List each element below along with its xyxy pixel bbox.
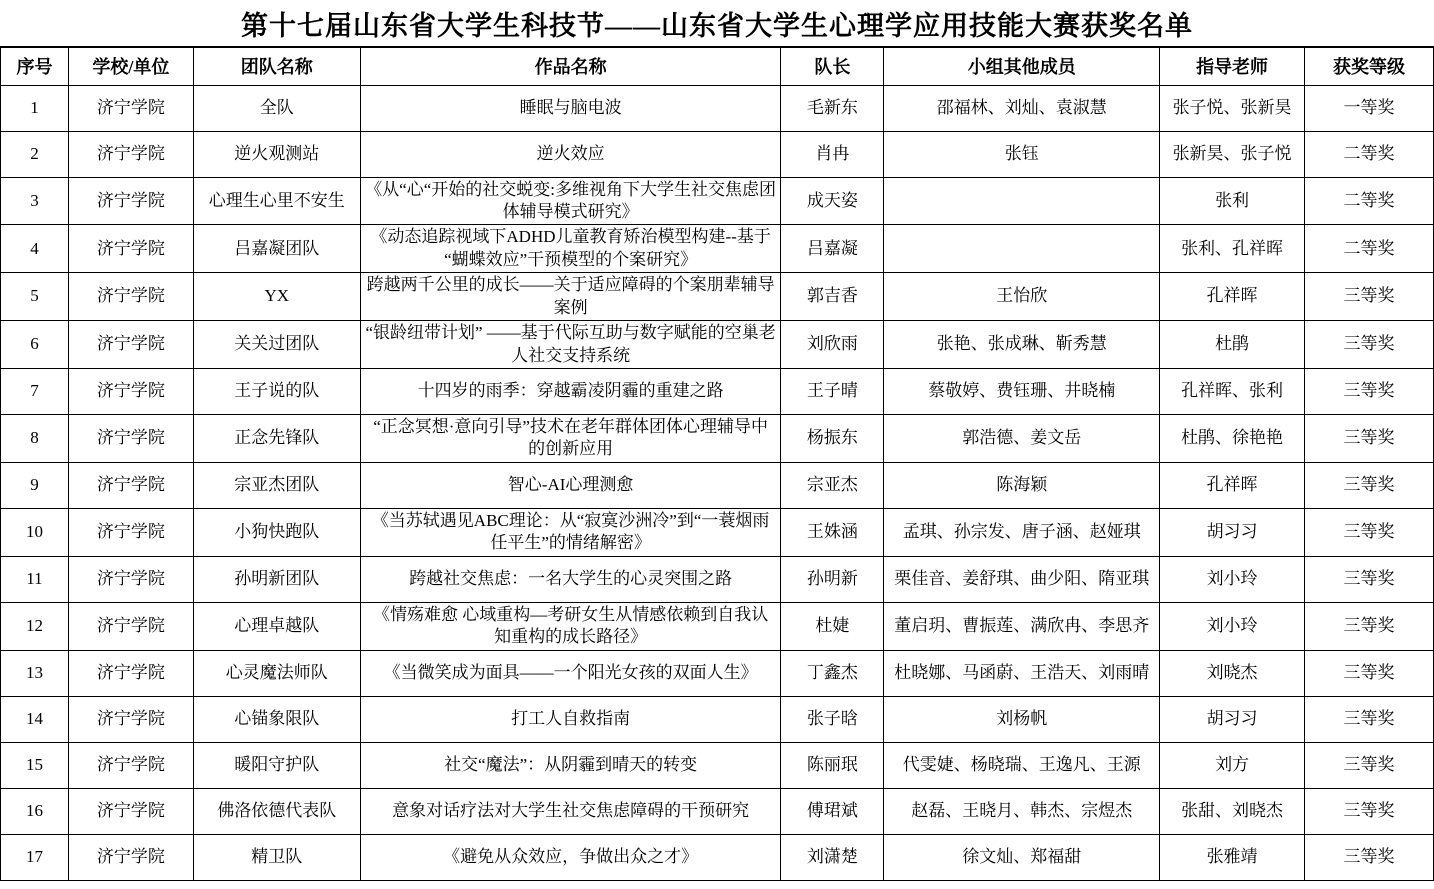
award-level-cell: 三等奖 — [1305, 369, 1434, 415]
leader-cell: 丁鑫杰 — [781, 650, 884, 696]
advisors-cell: 张利、孔祥晖 — [1160, 225, 1305, 273]
work-title-cell: “银龄纽带计划” ——基于代际互助与数字赋能的空巢老人社交支持系统 — [360, 321, 781, 369]
table-row: 15 济宁学院 暖阳守护队 社交“魔法”：从阴霾到晴天的转变 陈丽珉 代雯婕、杨… — [1, 742, 1434, 788]
leader-cell: 张子晗 — [781, 696, 884, 742]
header-advisors: 指导老师 — [1160, 47, 1305, 85]
table-row: 2 济宁学院 逆火观测站 逆火效应 肖冉 张钰 张新昊、张子悦 二等奖 — [1, 131, 1434, 177]
members-cell — [884, 177, 1160, 225]
serial-cell: 11 — [1, 556, 69, 602]
team-name-cell: 心锚象限队 — [193, 696, 360, 742]
leader-cell: 杜婕 — [781, 602, 884, 650]
advisors-cell: 刘方 — [1160, 742, 1305, 788]
school-cell: 济宁学院 — [68, 177, 193, 225]
work-title-cell: 智心-AI心理测愈 — [360, 462, 781, 508]
members-cell: 杜晓娜、马函蔚、王浩天、刘雨晴 — [884, 650, 1160, 696]
award-level-cell: 三等奖 — [1305, 556, 1434, 602]
team-name-cell: 孙明新团队 — [193, 556, 360, 602]
table-row: 14 济宁学院 心锚象限队 打工人自救指南 张子晗 刘杨帆 胡习习 三等奖 — [1, 696, 1434, 742]
members-cell: 郭浩德、姜文岳 — [884, 415, 1160, 463]
serial-cell: 8 — [1, 415, 69, 463]
serial-cell: 2 — [1, 131, 69, 177]
work-title-cell: 逆火效应 — [360, 131, 781, 177]
members-cell: 徐文灿、郑福甜 — [884, 834, 1160, 880]
award-level-cell: 三等奖 — [1305, 834, 1434, 880]
table-row: 16 济宁学院 佛洛依德代表队 意象对话疗法对大学生社交焦虑障碍的干预研究 傅珺… — [1, 788, 1434, 834]
leader-cell: 肖冉 — [781, 131, 884, 177]
school-cell: 济宁学院 — [68, 131, 193, 177]
members-cell: 代雯婕、杨晓瑞、王逸凡、王源 — [884, 742, 1160, 788]
work-title-cell: 跨越社交焦虑：一名大学生的心灵突围之路 — [360, 556, 781, 602]
serial-cell: 1 — [1, 85, 69, 131]
school-cell: 济宁学院 — [68, 556, 193, 602]
school-cell: 济宁学院 — [68, 225, 193, 273]
advisors-cell: 张雅靖 — [1160, 834, 1305, 880]
table-row: 8 济宁学院 正念先锋队 “正念冥想·意向引导”技术在老年群体团体心理辅导中的创… — [1, 415, 1434, 463]
team-name-cell: 正念先锋队 — [193, 415, 360, 463]
serial-cell: 14 — [1, 696, 69, 742]
award-level-cell: 二等奖 — [1305, 225, 1434, 273]
advisors-cell: 胡习习 — [1160, 696, 1305, 742]
team-name-cell: 宗亚杰团队 — [193, 462, 360, 508]
leader-cell: 刘潇楚 — [781, 834, 884, 880]
table-row: 12 济宁学院 心理卓越队 《情殇难愈 心域重构—考研女生从情感依赖到自我认知重… — [1, 602, 1434, 650]
work-title-cell: 《当苏轼遇见ABC理论：从“寂寞沙洲冷”到“一蓑烟雨任平生”的情绪解密》 — [360, 508, 781, 556]
award-level-cell: 三等奖 — [1305, 415, 1434, 463]
serial-cell: 17 — [1, 834, 69, 880]
school-cell: 济宁学院 — [68, 369, 193, 415]
advisors-cell: 孔祥晖、张利 — [1160, 369, 1305, 415]
table-row: 5 济宁学院 YX 跨越两千公里的成长——关于适应障碍的个案朋辈辅导案例 郭吉香… — [1, 273, 1434, 321]
advisors-cell: 张子悦、张新昊 — [1160, 85, 1305, 131]
leader-cell: 杨振东 — [781, 415, 884, 463]
award-level-cell: 三等奖 — [1305, 273, 1434, 321]
serial-cell: 16 — [1, 788, 69, 834]
team-name-cell: 王子说的队 — [193, 369, 360, 415]
award-level-cell: 三等奖 — [1305, 321, 1434, 369]
leader-cell: 王姝涵 — [781, 508, 884, 556]
members-cell: 蔡敬婷、费钰珊、井晓楠 — [884, 369, 1160, 415]
award-level-cell: 二等奖 — [1305, 131, 1434, 177]
school-cell: 济宁学院 — [68, 834, 193, 880]
serial-cell: 10 — [1, 508, 69, 556]
header-work-title: 作品名称 — [360, 47, 781, 85]
table-row: 3 济宁学院 心理生心里不安生 《从“心“开始的社交蜕变:多维视角下大学生社交焦… — [1, 177, 1434, 225]
members-cell: 栗佳音、姜舒琪、曲少阳、隋亚琪 — [884, 556, 1160, 602]
award-level-cell: 三等奖 — [1305, 650, 1434, 696]
table-row: 1 济宁学院 全队 睡眠与脑电波 毛新东 邵福林、刘灿、袁淑慧 张子悦、张新昊 … — [1, 85, 1434, 131]
table-row: 7 济宁学院 王子说的队 十四岁的雨季：穿越霸凌阴霾的重建之路 王子晴 蔡敬婷、… — [1, 369, 1434, 415]
members-cell: 刘杨帆 — [884, 696, 1160, 742]
leader-cell: 郭吉香 — [781, 273, 884, 321]
leader-cell: 刘欣雨 — [781, 321, 884, 369]
work-title-cell: 《动态追踪视域下ADHD儿童教育矫治模型构建--基于“蝴蝶效应”干预模型的个案研… — [360, 225, 781, 273]
work-title-cell: 《避免从众效应，争做出众之才》 — [360, 834, 781, 880]
work-title-cell: 《当微笑成为面具——一个阳光女孩的双面人生》 — [360, 650, 781, 696]
work-title-cell: 《情殇难愈 心域重构—考研女生从情感依赖到自我认知重构的成长路径》 — [360, 602, 781, 650]
advisors-cell: 刘晓杰 — [1160, 650, 1305, 696]
school-cell: 济宁学院 — [68, 508, 193, 556]
serial-cell: 4 — [1, 225, 69, 273]
table-row: 13 济宁学院 心灵魔法师队 《当微笑成为面具——一个阳光女孩的双面人生》 丁鑫… — [1, 650, 1434, 696]
advisors-cell: 张甜、刘晓杰 — [1160, 788, 1305, 834]
serial-cell: 9 — [1, 462, 69, 508]
school-cell: 济宁学院 — [68, 602, 193, 650]
school-cell: 济宁学院 — [68, 742, 193, 788]
team-name-cell: 暖阳守护队 — [193, 742, 360, 788]
team-name-cell: 心理卓越队 — [193, 602, 360, 650]
team-name-cell: YX — [193, 273, 360, 321]
team-name-cell: 全队 — [193, 85, 360, 131]
school-cell: 济宁学院 — [68, 462, 193, 508]
advisors-cell: 张新昊、张子悦 — [1160, 131, 1305, 177]
advisors-cell: 张利 — [1160, 177, 1305, 225]
serial-cell: 5 — [1, 273, 69, 321]
work-title-cell: “正念冥想·意向引导”技术在老年群体团体心理辅导中的创新应用 — [360, 415, 781, 463]
team-name-cell: 精卫队 — [193, 834, 360, 880]
table-body: 1 济宁学院 全队 睡眠与脑电波 毛新东 邵福林、刘灿、袁淑慧 张子悦、张新昊 … — [1, 85, 1434, 880]
table-row: 9 济宁学院 宗亚杰团队 智心-AI心理测愈 宗亚杰 陈海颖 孔祥晖 三等奖 — [1, 462, 1434, 508]
members-cell: 张钰 — [884, 131, 1160, 177]
award-level-cell: 三等奖 — [1305, 462, 1434, 508]
advisors-cell: 杜鹃、徐艳艳 — [1160, 415, 1305, 463]
members-cell: 邵福林、刘灿、袁淑慧 — [884, 85, 1160, 131]
members-cell: 孟琪、孙宗发、唐子涵、赵娅琪 — [884, 508, 1160, 556]
members-cell: 王怡欣 — [884, 273, 1160, 321]
award-level-cell: 二等奖 — [1305, 177, 1434, 225]
serial-cell: 6 — [1, 321, 69, 369]
award-level-cell: 三等奖 — [1305, 696, 1434, 742]
members-cell: 董启玥、曹振莲、满欣冉、李思齐 — [884, 602, 1160, 650]
work-title-cell: 睡眠与脑电波 — [360, 85, 781, 131]
serial-cell: 3 — [1, 177, 69, 225]
page-title: 第十七届山东省大学生科技节——山东省大学生心理学应用技能大赛获奖名单 — [0, 0, 1434, 46]
advisors-cell: 孔祥晖 — [1160, 462, 1305, 508]
leader-cell: 毛新东 — [781, 85, 884, 131]
school-cell: 济宁学院 — [68, 85, 193, 131]
advisors-cell: 孔祥晖 — [1160, 273, 1305, 321]
award-level-cell: 三等奖 — [1305, 788, 1434, 834]
work-title-cell: 意象对话疗法对大学生社交焦虑障碍的干预研究 — [360, 788, 781, 834]
table-header: 序号 学校/单位 团队名称 作品名称 队长 小组其他成员 指导老师 获奖等级 — [1, 47, 1434, 85]
school-cell: 济宁学院 — [68, 273, 193, 321]
advisors-cell: 刘小玲 — [1160, 602, 1305, 650]
leader-cell: 王子晴 — [781, 369, 884, 415]
school-cell: 济宁学院 — [68, 788, 193, 834]
members-cell: 张艳、张成琳、靳秀慧 — [884, 321, 1160, 369]
header-school: 学校/单位 — [68, 47, 193, 85]
school-cell: 济宁学院 — [68, 415, 193, 463]
team-name-cell: 吕嘉凝团队 — [193, 225, 360, 273]
leader-cell: 陈丽珉 — [781, 742, 884, 788]
advisors-cell: 杜鹃 — [1160, 321, 1305, 369]
work-title-cell: 十四岁的雨季：穿越霸凌阴霾的重建之路 — [360, 369, 781, 415]
team-name-cell: 小狗快跑队 — [193, 508, 360, 556]
table-row: 11 济宁学院 孙明新团队 跨越社交焦虑：一名大学生的心灵突围之路 孙明新 栗佳… — [1, 556, 1434, 602]
serial-cell: 15 — [1, 742, 69, 788]
school-cell: 济宁学院 — [68, 321, 193, 369]
advisors-cell: 刘小玲 — [1160, 556, 1305, 602]
header-award-level: 获奖等级 — [1305, 47, 1434, 85]
members-cell — [884, 225, 1160, 273]
header-members: 小组其他成员 — [884, 47, 1160, 85]
award-level-cell: 一等奖 — [1305, 85, 1434, 131]
team-name-cell: 佛洛依德代表队 — [193, 788, 360, 834]
award-level-cell: 三等奖 — [1305, 742, 1434, 788]
leader-cell: 宗亚杰 — [781, 462, 884, 508]
award-level-cell: 三等奖 — [1305, 508, 1434, 556]
awards-table: 序号 学校/单位 团队名称 作品名称 队长 小组其他成员 指导老师 获奖等级 1… — [0, 46, 1434, 881]
table-row: 10 济宁学院 小狗快跑队 《当苏轼遇见ABC理论：从“寂寞沙洲冷”到“一蓑烟雨… — [1, 508, 1434, 556]
members-cell: 赵磊、王晓月、韩杰、宗煜杰 — [884, 788, 1160, 834]
school-cell: 济宁学院 — [68, 650, 193, 696]
serial-cell: 7 — [1, 369, 69, 415]
work-title-cell: 社交“魔法”：从阴霾到晴天的转变 — [360, 742, 781, 788]
work-title-cell: 打工人自救指南 — [360, 696, 781, 742]
table-row: 6 济宁学院 关关过团队 “银龄纽带计划” ——基于代际互助与数字赋能的空巢老人… — [1, 321, 1434, 369]
table-row: 4 济宁学院 吕嘉凝团队 《动态追踪视域下ADHD儿童教育矫治模型构建--基于“… — [1, 225, 1434, 273]
header-team-name: 团队名称 — [193, 47, 360, 85]
leader-cell: 傅珺斌 — [781, 788, 884, 834]
members-cell: 陈海颖 — [884, 462, 1160, 508]
team-name-cell: 关关过团队 — [193, 321, 360, 369]
team-name-cell: 心理生心里不安生 — [193, 177, 360, 225]
header-row: 序号 学校/单位 团队名称 作品名称 队长 小组其他成员 指导老师 获奖等级 — [1, 47, 1434, 85]
leader-cell: 成天姿 — [781, 177, 884, 225]
team-name-cell: 心灵魔法师队 — [193, 650, 360, 696]
team-name-cell: 逆火观测站 — [193, 131, 360, 177]
award-level-cell: 三等奖 — [1305, 602, 1434, 650]
serial-cell: 12 — [1, 602, 69, 650]
work-title-cell: 跨越两千公里的成长——关于适应障碍的个案朋辈辅导案例 — [360, 273, 781, 321]
school-cell: 济宁学院 — [68, 696, 193, 742]
leader-cell: 吕嘉凝 — [781, 225, 884, 273]
header-leader: 队长 — [781, 47, 884, 85]
table-row: 17 济宁学院 精卫队 《避免从众效应，争做出众之才》 刘潇楚 徐文灿、郑福甜 … — [1, 834, 1434, 880]
advisors-cell: 胡习习 — [1160, 508, 1305, 556]
work-title-cell: 《从“心“开始的社交蜕变:多维视角下大学生社交焦虑团体辅导模式研究》 — [360, 177, 781, 225]
serial-cell: 13 — [1, 650, 69, 696]
leader-cell: 孙明新 — [781, 556, 884, 602]
header-serial: 序号 — [1, 47, 69, 85]
